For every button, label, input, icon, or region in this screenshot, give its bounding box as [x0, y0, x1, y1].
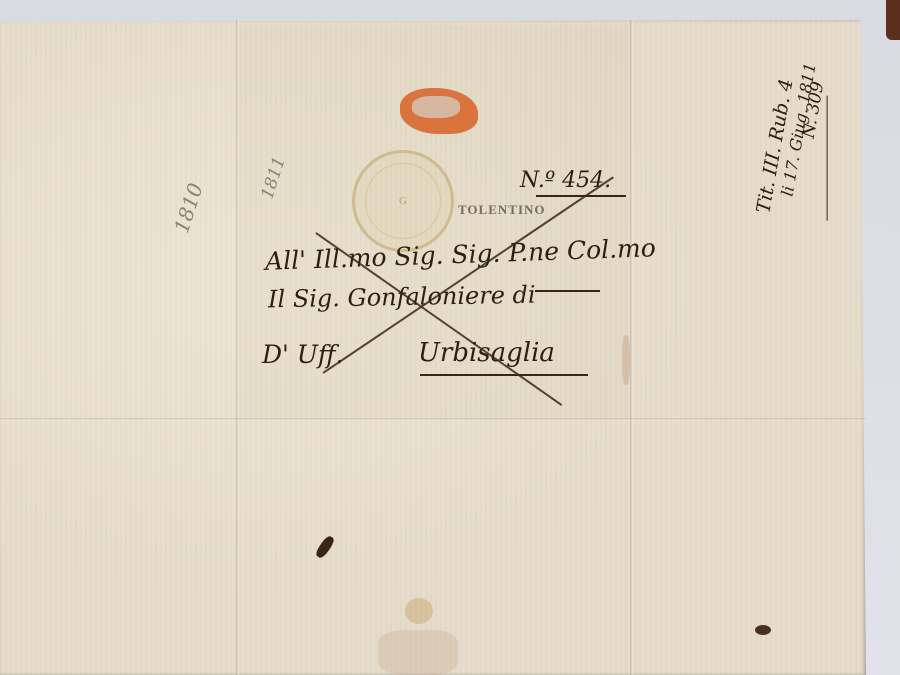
faded-stamp-bottom: [378, 630, 458, 675]
stain-bottom: [405, 598, 433, 624]
destination-underline: [420, 374, 588, 376]
stain-right-fold: [622, 335, 630, 385]
circular-postmark: G: [352, 150, 454, 252]
docket-note: Tit. III. Rub. 4 li 17. Giug. 1811 N. 30…: [735, 40, 845, 240]
address-line-2-flourish: [535, 290, 600, 292]
letter-number: N.º 454.: [520, 168, 611, 193]
fold-line-right: [630, 20, 633, 675]
fold-line-horizontal: [0, 418, 866, 421]
fold-line-left: [236, 20, 239, 675]
wooden-object-corner: [886, 0, 900, 40]
town-postmark: TOLENTINO: [458, 202, 546, 218]
address-line-2: Il Sig. Gonfaloniere di: [268, 281, 536, 314]
ink-spot-bottom-right: [755, 625, 771, 635]
docket-rule: [826, 96, 827, 221]
